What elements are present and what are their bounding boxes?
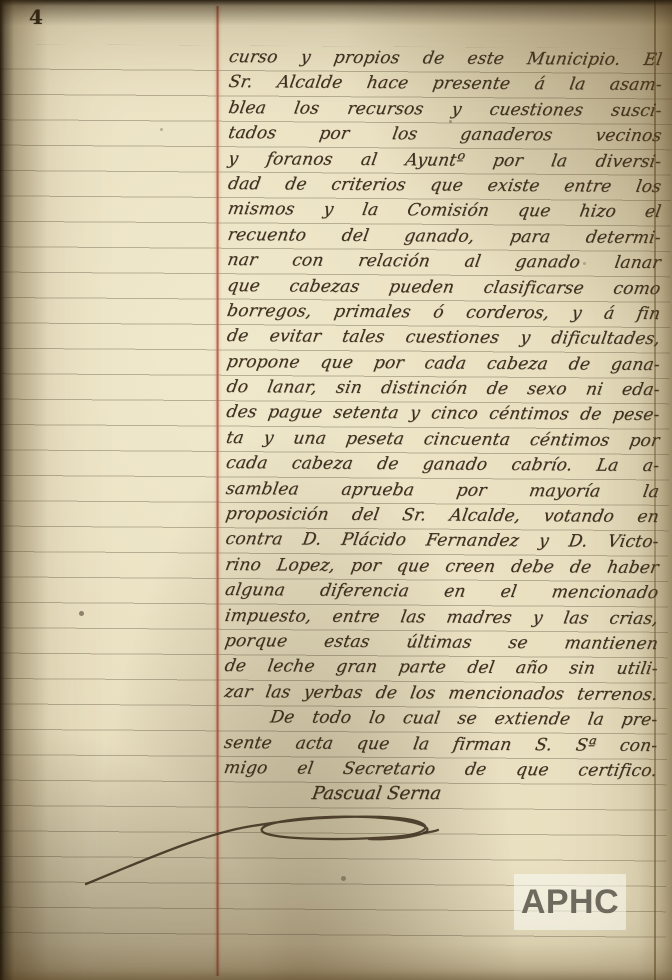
manuscript-line: recuento del ganado, para determi-	[226, 223, 663, 251]
manuscript-line: Sr. Alcalde hace presente á la asam-	[227, 70, 664, 98]
manuscript-line: de evitar tales cuestiones y dificultade…	[225, 324, 662, 352]
aphc-watermark-label: APHC	[521, 883, 619, 922]
signature-flourish-icon	[80, 800, 460, 890]
manuscript-line: zar las yerbas de los mencionados terren…	[222, 680, 659, 708]
manuscript-page: 4 curso y propios de este Municipio. ElS…	[0, 0, 672, 980]
manuscript-line: proposición del Sr. Alcalde, votando en	[224, 502, 661, 530]
aphc-watermark: APHC	[514, 874, 626, 930]
manuscript-line: que cabezas pueden clasificarse como	[225, 274, 662, 302]
manuscript-line: do lanar, sin distinción de sexo ni eda-	[225, 375, 662, 403]
manuscript-line: curso y propios de este Municipio. El	[227, 45, 664, 73]
manuscript-line: rino Lopez, por que creen debe de haber	[223, 553, 660, 581]
manuscript-line: borregos, primales ó corderos, y á fin	[225, 299, 662, 327]
manuscript-text: curso y propios de este Municipio. ElSr.…	[222, 45, 660, 784]
manuscript-line: mismos y la Comisión que hizo el	[226, 197, 663, 225]
manuscript-line: propone que por cada cabeza de gana-	[225, 350, 662, 378]
manuscript-line: blea los recursos y cuestiones susci-	[226, 96, 663, 124]
manuscript-line: nar con relación al ganado lanar	[225, 248, 662, 276]
manuscript-line: contra D. Plácido Fernandez y D. Victo-	[223, 527, 660, 555]
manuscript-line: tados por los ganaderos vecinos	[226, 121, 663, 149]
manuscript-line: impuesto, entre las madres y las crias,	[223, 604, 660, 632]
manuscript-line: De todo lo cual se extiende la pre-	[222, 705, 659, 733]
manuscript-line: porque estas últimas se mantienen	[223, 629, 660, 657]
page-number: 4	[29, 5, 43, 29]
manuscript-line: alguna diferencia en el mencionado	[223, 578, 660, 606]
manuscript-line: sente acta que la firman S. Sª con-	[222, 731, 659, 759]
manuscript-line: samblea aprueba por mayoría la	[224, 477, 661, 505]
manuscript-line: cada cabeza de ganado cabrío. La a-	[224, 451, 661, 479]
manuscript-line: des pague setenta y cinco céntimos de pe…	[224, 400, 661, 428]
paper-specks	[0, 0, 3, 3]
manuscript-line: dad de criterios que existe entre los	[226, 172, 663, 200]
manuscript-line: y foranos al Ayuntº por la diversi-	[226, 147, 663, 175]
manuscript-line: ta y una peseta cincuenta céntimos por	[224, 426, 661, 454]
manuscript-line: de leche gran parte del año sin utili-	[223, 654, 660, 682]
